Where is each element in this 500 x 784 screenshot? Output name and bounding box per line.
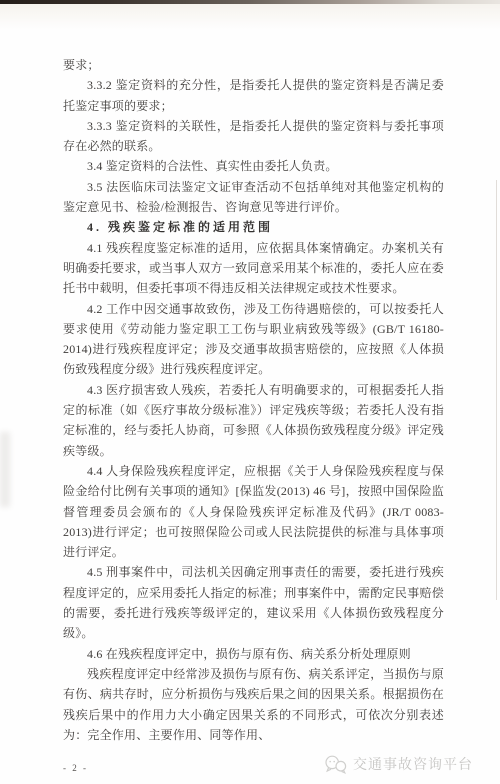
paragraph-3-3-3: 3.3.3 鉴定资料的关联性，是指委托人提供的鉴定资料与委托事项存在必然的联系。: [63, 116, 444, 157]
paragraph-4-1: 4.1 残疾程度鉴定标准的适用，应依据具体案情确定。办案机关有明确委托要求，或当…: [63, 238, 444, 299]
paragraph-4-5: 4.5 刑事案件中，司法机关因确定刑事责任的需要，委托进行残疾程度评定的，应采用…: [63, 562, 444, 643]
platform-watermark: 交通事故咨询平台: [324, 754, 473, 774]
paragraph-4-2: 4.2 工作中因交通事故致伤，涉及工伤待遇赔偿的，可以按委托人要求使用《劳动能力…: [63, 299, 444, 380]
paragraph-4-6-heading: 4.6 在残疾程度评定中，损伤与原有伤、病关系分析处理原则: [63, 644, 444, 664]
paragraph-3-5: 3.5 法医临床司法鉴定文证审查活动不包括单纯对其他鉴定机构的鉴定意见书、检验/…: [63, 177, 444, 218]
paragraph-3-4: 3.4 鉴定资料的合法性、真实性由委托人负责。: [63, 156, 444, 176]
section-heading-4: 4. 残疾鉴定标准的适用范围: [63, 217, 444, 237]
paragraph-continuation: 要求；: [63, 55, 444, 75]
platform-watermark-label: 交通事故咨询平台: [353, 754, 473, 774]
photo-top-tint: [0, 4, 500, 30]
scan-smudge: [0, 432, 10, 507]
paragraph-4-6-body: 残疾程度评定中经常涉及损伤与原有伤、病关系评定，当损伤与原有伤、病共存时，应分析…: [63, 664, 444, 745]
paragraph-3-3-2: 3.3.2 鉴定资料的充分性，是指委托人提供的鉴定资料是否满足委托鉴定事项的要求…: [63, 75, 444, 116]
chat-bubbles-icon: [324, 755, 348, 774]
photo-right-edge: [496, 180, 497, 600]
paragraph-4-3: 4.3 医疗损害致人残疾，若委托人有明确要求的，可根据委托人指定的标准（如《医疗…: [63, 380, 444, 461]
scanned-document-page: 要求； 3.3.2 鉴定资料的充分性，是指委托人提供的鉴定资料是否满足委托鉴定事…: [0, 0, 500, 784]
document-body: 要求； 3.3.2 鉴定资料的充分性，是指委托人提供的鉴定资料是否满足委托鉴定事…: [63, 55, 444, 778]
paragraph-4-4: 4.4 人身保险残疾程度评定，应根据《关于人身保险残疾程度与保险金给付比例有关事…: [63, 461, 444, 562]
